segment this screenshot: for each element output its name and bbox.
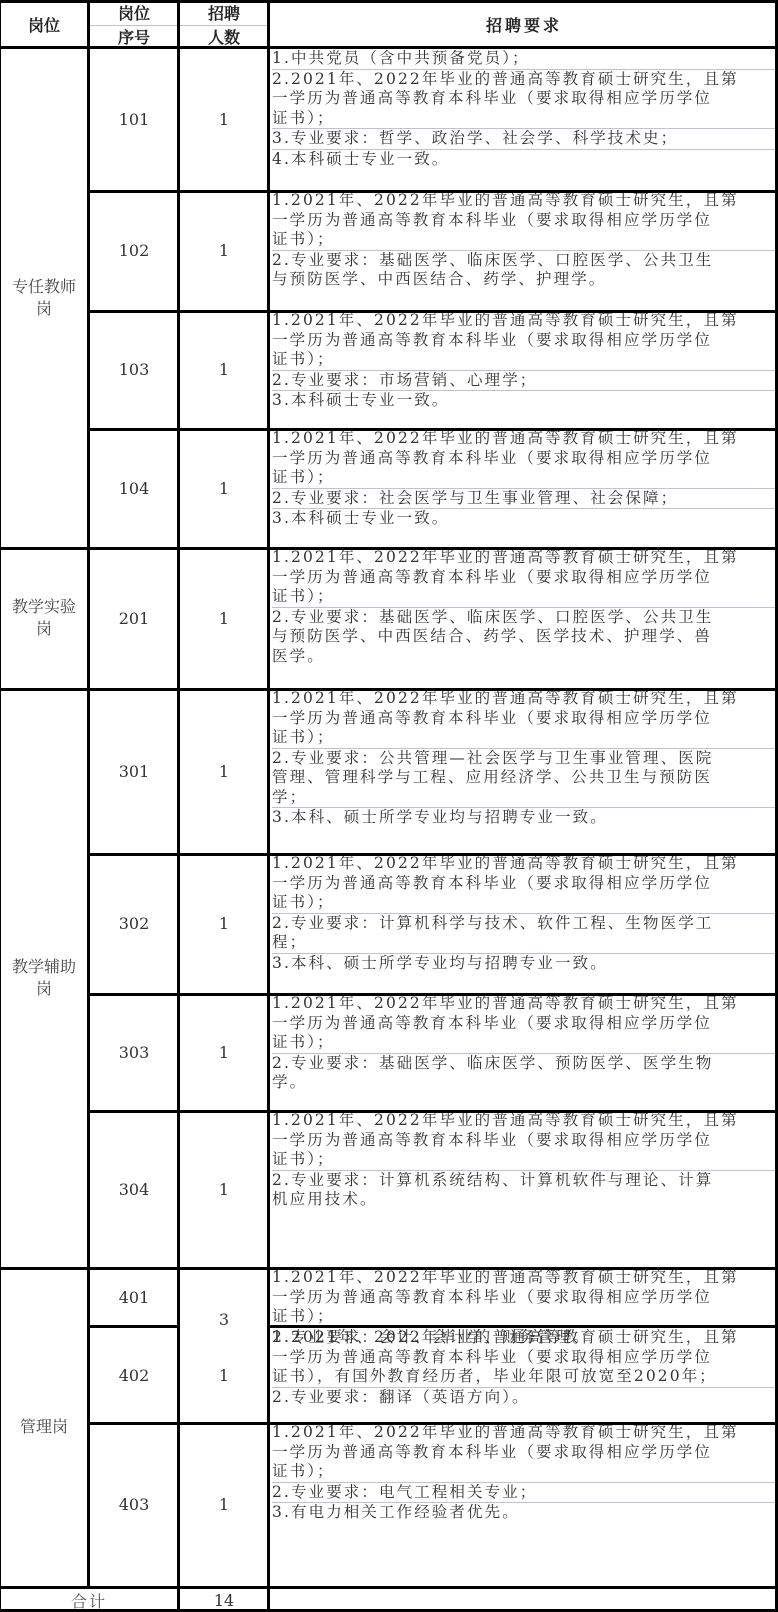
requirement-text-line: 4.本科硕士专业一致。 bbox=[272, 150, 777, 170]
requirement-item: 3.本科、硕士所学专业均与招聘专业一致。 bbox=[272, 808, 777, 828]
requirements-cell: 1.2021年、2022年毕业的普通高等教育硕士研究生，且第一学历为普通高等教育… bbox=[269, 191, 777, 310]
position-seq: 102 bbox=[90, 191, 178, 310]
position-seq: 403 bbox=[90, 1423, 178, 1586]
requirement-item: 1.2021年、2022年毕业的普通高等教育硕士研究生，且第一学历为普通高等教育… bbox=[272, 311, 777, 371]
row-divider bbox=[87, 853, 778, 856]
requirement-item: 2.专业要求：基础医学、临床医学、预防医学、医学生物学。 bbox=[272, 1054, 777, 1093]
header-requirements-label: 招聘要求 bbox=[486, 13, 562, 36]
requirement-text-line: 一学历为普通高等教育本科毕业（要求取得相应学历学位 bbox=[272, 1131, 777, 1151]
divider-col1 bbox=[87, 0, 90, 1589]
requirement-item: 1.2021年、2022年毕业的普通高等教育硕士研究生，且第一学历为普通高等教育… bbox=[272, 1268, 777, 1328]
requirement-item: 2.专业要求：翻译（英语方向）。 bbox=[272, 1388, 777, 1408]
requirement-item: 1.2021年、2022年毕业的普通高等教育硕士研究生，且第一学历为普通高等教育… bbox=[272, 689, 777, 749]
requirement-text-line: 证书）； bbox=[272, 587, 777, 607]
border-left bbox=[0, 0, 1, 1612]
position-count: 3 bbox=[180, 1268, 268, 1329]
requirement-item: 3.本科硕士专业一致。 bbox=[272, 509, 777, 529]
group-divider bbox=[0, 547, 778, 550]
requirement-text-line: 证书）； bbox=[272, 350, 777, 370]
header-seq-top-label: 岗位 bbox=[118, 1, 150, 24]
requirement-text-line: 2.专业要求：社会医学与卫生事业管理、社会保障； bbox=[272, 489, 777, 509]
position-count: 1 bbox=[180, 548, 268, 688]
group-assistant: 教学辅助 岗 bbox=[0, 689, 88, 1267]
requirement-item: 2.专业要求：公共管理—社会医学与卫生事业管理、医院管理、管理科学与工程、应用经… bbox=[272, 749, 777, 809]
requirement-text-line: 2.专业要求：基础医学、临床医学、口腔医学、公共卫生 bbox=[272, 251, 777, 271]
requirements-cell: 1.2021年、2022年毕业的普通高等教育硕士研究生，且第一学历为普通高等教育… bbox=[269, 994, 777, 1110]
requirements-cell: 1.2021年、2022年毕业的普通高等教育硕士研究生，且第一学历为普通高等教育… bbox=[269, 548, 777, 688]
requirements-cell: 1.2021年、2022年毕业的普通高等教育硕士研究生，且第一学历为普通高等教育… bbox=[269, 1423, 777, 1586]
group-label-line2: 岗 bbox=[36, 978, 52, 1000]
group-management: 管理岗 bbox=[0, 1268, 88, 1586]
requirement-item: 1.2021年、2022年毕业的普通高等教育硕士研究生，且第一学历为普通高等教育… bbox=[272, 191, 777, 251]
requirement-text-line: 2.专业要求：计算机科学与技术、软件工程、生物医学工 bbox=[272, 914, 777, 934]
row-divider bbox=[87, 1422, 778, 1425]
position-seq: 201 bbox=[90, 548, 178, 688]
requirement-text-line: 证书）； bbox=[272, 468, 777, 488]
position-count: 1 bbox=[180, 994, 268, 1110]
requirement-text-line: 医学。 bbox=[272, 647, 777, 667]
header-seq-bottom-label: 序号 bbox=[118, 25, 150, 48]
requirement-text-line: 证书），有国外教育经历者，毕业年限可放宽至2020年； bbox=[272, 1367, 777, 1387]
group-lab: 教学实验 岗 bbox=[0, 548, 88, 688]
requirement-text-line: 3.本科、硕士所学专业均与招聘专业一致。 bbox=[272, 808, 777, 828]
group-label-line1: 教学辅助 bbox=[12, 956, 76, 978]
requirement-item: 4.本科硕士专业一致。 bbox=[272, 150, 777, 170]
header-count-bottom-label: 人数 bbox=[208, 25, 240, 48]
requirement-text-line: 与预防医学、中西医结合、药学、医学技术、护理学、兽 bbox=[272, 627, 777, 647]
requirement-text-line: 与预防医学、中西医结合、药学、护理学。 bbox=[272, 270, 777, 290]
requirement-text-line: 一学历为普通高等教育本科毕业（要求取得相应学历学位 bbox=[272, 1348, 777, 1368]
requirements-cell: 1.2021年、2022年毕业的普通高等教育硕士研究生，且第一学历为普通高等教育… bbox=[269, 1268, 777, 1327]
requirement-text-line: 一学历为普通高等教育本科毕业（要求取得相应学历学位 bbox=[272, 709, 777, 729]
header-count-top: 招聘 bbox=[180, 0, 268, 25]
requirement-text-line: 3.专业要求：哲学、政治学、社会学、科学技术史； bbox=[272, 129, 777, 149]
position-seq: 401 bbox=[90, 1268, 178, 1327]
requirement-text-line: 一学历为普通高等教育本科毕业（要求取得相应学历学位 bbox=[272, 211, 777, 231]
requirement-text-line: 2.2021年、2022年毕业的普通高等教育硕士研究生，且第 bbox=[272, 70, 777, 90]
requirement-text-line: 学； bbox=[272, 788, 777, 808]
header-position-label: 岗位 bbox=[28, 13, 60, 36]
requirement-item: 3.专业要求：哲学、政治学、社会学、科学技术史； bbox=[272, 129, 777, 150]
requirement-item: 3.本科硕士专业一致。 bbox=[272, 391, 777, 411]
requirement-item: 2.2021年、2022年毕业的普通高等教育硕士研究生，且第一学历为普通高等教育… bbox=[272, 70, 777, 130]
requirement-item: 2.专业要求：电气工程相关专业； bbox=[272, 1483, 777, 1504]
group-divider bbox=[0, 1267, 778, 1270]
requirement-text-line: 证书）； bbox=[272, 1462, 777, 1482]
requirement-item: 3.本科、硕士所学专业均与招聘专业一致。 bbox=[272, 954, 777, 974]
requirements-cell: 1.2021年、2022年毕业的普通高等教育硕士研究生，且第一学历为普通高等教育… bbox=[269, 1328, 777, 1422]
requirement-text-line: 证书）； bbox=[272, 728, 777, 748]
divider-col2 bbox=[177, 0, 180, 1612]
requirement-item: 1.2021年、2022年毕业的普通高等教育硕士研究生，且第一学历为普通高等教育… bbox=[272, 854, 777, 914]
requirement-item: 2.专业要求：计算机科学与技术、软件工程、生物医学工程； bbox=[272, 914, 777, 954]
requirement-text-line: 1.2021年、2022年毕业的普通高等教育硕士研究生，且第 bbox=[272, 689, 777, 709]
requirement-text-line: 一学历为普通高等教育本科毕业（要求取得相应学历学位 bbox=[272, 1288, 777, 1308]
requirement-text-line: 1.2021年、2022年毕业的普通高等教育硕士研究生，且第 bbox=[272, 854, 777, 874]
requirements-cell: 1.2021年、2022年毕业的普通高等教育硕士研究生，且第一学历为普通高等教育… bbox=[269, 311, 777, 428]
recruitment-table: 岗位 岗位 序号 招聘 人数 招聘要求 专任教师 岗 教学实验 岗 教学辅助 岗… bbox=[0, 0, 778, 1612]
requirement-item: 1.2021年、2022年毕业的普通高等教育硕士研究生，且第一学历为普通高等教育… bbox=[272, 1111, 777, 1171]
requirement-text-line: 2.专业要求：翻译（英语方向）。 bbox=[272, 1388, 777, 1408]
requirement-text-line: 一学历为普通高等教育本科毕业（要求取得相应学历学位 bbox=[272, 89, 777, 109]
position-count: 1 bbox=[180, 1111, 268, 1267]
requirement-text-line: 3.本科、硕士所学专业均与招聘专业一致。 bbox=[272, 954, 777, 974]
row-divider bbox=[87, 190, 778, 193]
requirement-item: 2.专业要求：计算机系统结构、计算机软件与理论、计算机应用技术。 bbox=[272, 1171, 777, 1210]
requirement-text-line: 2.专业要求：市场营销、心理学； bbox=[272, 371, 777, 391]
requirement-item: 1.中共党员（含中共预备党员）； bbox=[272, 49, 777, 70]
requirement-text-line: 一学历为普通高等教育本科毕业（要求取得相应学历学位 bbox=[272, 1443, 777, 1463]
position-count: 1 bbox=[180, 191, 268, 310]
requirement-text-line: 1.2021年、2022年毕业的普通高等教育硕士研究生，且第 bbox=[272, 1268, 777, 1288]
row-divider-req bbox=[267, 1325, 778, 1328]
row-divider bbox=[87, 310, 778, 313]
requirements-cell: 1.2021年、2022年毕业的普通高等教育硕士研究生，且第一学历为普通高等教育… bbox=[269, 1111, 777, 1267]
requirement-text-line: 学。 bbox=[272, 1073, 777, 1093]
border-top bbox=[0, 0, 778, 3]
header-position: 岗位 bbox=[0, 0, 88, 48]
requirement-text-line: 1.2021年、2022年毕业的普通高等教育硕士研究生，且第 bbox=[272, 429, 777, 449]
position-seq: 301 bbox=[90, 689, 178, 853]
requirement-text-line: 2.专业要求：公共管理—社会医学与卫生事业管理、医院 bbox=[272, 749, 777, 769]
requirement-text-line: 1.2021年、2022年毕业的普通高等教育硕士研究生，且第 bbox=[272, 1111, 777, 1131]
position-count: 1 bbox=[180, 1423, 268, 1586]
requirement-item: 1.2021年、2022年毕业的普通高等教育硕士研究生，且第一学历为普通高等教育… bbox=[272, 429, 777, 489]
position-count: 1 bbox=[180, 854, 268, 993]
requirement-text-line: 程； bbox=[272, 933, 777, 953]
requirement-text-line: 2.专业要求：基础医学、临床医学、口腔医学、公共卫生 bbox=[272, 608, 777, 628]
requirements-cell: 1.2021年、2022年毕业的普通高等教育硕士研究生，且第一学历为普通高等教育… bbox=[269, 689, 777, 853]
row-divider bbox=[87, 428, 778, 431]
row-divider bbox=[87, 993, 778, 996]
header-seq-top: 岗位 bbox=[90, 0, 178, 25]
position-count: 1 bbox=[180, 311, 268, 428]
requirement-item: 1.2021年、2022年毕业的普通高等教育硕士研究生，且第一学历为普通高等教育… bbox=[272, 994, 777, 1054]
requirement-text-line: 3.有电力相关工作经验者优先。 bbox=[272, 1503, 777, 1523]
requirement-text-line: 2.专业要求：基础医学、临床医学、预防医学、医学生物 bbox=[272, 1054, 777, 1074]
requirement-item: 1.2021年、2022年毕业的普通高等教育硕士研究生，且第一学历为普通高等教育… bbox=[272, 1328, 777, 1388]
total-top bbox=[0, 1586, 778, 1589]
total-count-text: 14 bbox=[214, 1591, 234, 1610]
requirement-text-line: 一学历为普通高等教育本科毕业（要求取得相应学历学位 bbox=[272, 331, 777, 351]
requirement-text-line: 管理、管理科学与工程、应用经济学、公共卫生与预防医 bbox=[272, 768, 777, 788]
group-label-line2: 岗 bbox=[36, 298, 52, 320]
position-seq: 302 bbox=[90, 854, 178, 993]
position-count: 1 bbox=[180, 49, 268, 190]
requirement-text-line: 证书）； bbox=[272, 1150, 777, 1170]
requirement-text-line: 1.2021年、2022年毕业的普通高等教育硕士研究生，且第 bbox=[272, 994, 777, 1014]
requirement-text-line: 一学历为普通高等教育本科毕业（要求取得相应学历学位 bbox=[272, 568, 777, 588]
requirement-text-line: 1.2021年、2022年毕业的普通高等教育硕士研究生，且第 bbox=[272, 311, 777, 331]
group-label-line1: 专任教师 bbox=[12, 276, 76, 298]
position-seq: 101 bbox=[90, 49, 178, 190]
requirement-text-line: 2.专业要求：电气工程相关专业； bbox=[272, 1483, 777, 1503]
requirement-text-line: 3.本科硕士专业一致。 bbox=[272, 391, 777, 411]
group-label-line2: 岗 bbox=[36, 618, 52, 640]
position-seq: 304 bbox=[90, 1111, 178, 1267]
header-count-top-label: 招聘 bbox=[208, 1, 240, 24]
row-divider-seq bbox=[87, 1325, 180, 1328]
group-teacher: 专任教师 岗 bbox=[0, 49, 88, 547]
requirement-text-line: 1.中共党员（含中共预备党员）； bbox=[272, 49, 777, 69]
divider-col3 bbox=[267, 0, 270, 1612]
position-seq: 104 bbox=[90, 429, 178, 547]
requirement-item: 3.有电力相关工作经验者优先。 bbox=[272, 1503, 777, 1523]
requirement-text-line: 2.专业要求：计算机系统结构、计算机软件与理论、计算 bbox=[272, 1171, 777, 1191]
requirement-text-line: 证书）； bbox=[272, 1307, 777, 1327]
requirement-item: 1.2021年、2022年毕业的普通高等教育硕士研究生，且第一学历为普通高等教育… bbox=[272, 1423, 777, 1483]
header-count-bottom: 人数 bbox=[180, 25, 268, 48]
requirement-text-line: 证书）； bbox=[272, 109, 777, 129]
requirement-item: 2.专业要求：基础医学、临床医学、口腔医学、公共卫生与预防医学、中西医结合、药学… bbox=[272, 251, 777, 290]
requirement-text-line: 证书）； bbox=[272, 1033, 777, 1053]
requirement-text-line: 1.2021年、2022年毕业的普通高等教育硕士研究生，且第 bbox=[272, 191, 777, 211]
requirement-text-line: 1.2021年、2022年毕业的普通高等教育硕士研究生，且第 bbox=[272, 1423, 777, 1443]
requirement-text-line: 一学历为普通高等教育本科毕业（要求取得相应学历学位 bbox=[272, 1014, 777, 1034]
position-count: 1 bbox=[180, 689, 268, 853]
requirements-cell: 1.2021年、2022年毕业的普通高等教育硕士研究生，且第一学历为普通高等教育… bbox=[269, 429, 777, 547]
requirement-text-line: 一学历为普通高等教育本科毕业（要求取得相应学历学位 bbox=[272, 874, 777, 894]
requirement-item: 2.专业要求：市场营销、心理学； bbox=[272, 371, 777, 392]
header-seq-bottom: 序号 bbox=[90, 25, 178, 48]
requirement-item: 2.专业要求：基础医学、临床医学、口腔医学、公共卫生与预防医学、中西医结合、药学… bbox=[272, 608, 777, 667]
requirement-text-line: 一学历为普通高等教育本科毕业（要求取得相应学历学位 bbox=[272, 449, 777, 469]
requirement-text-line: 证书）； bbox=[272, 230, 777, 250]
requirement-text-line: 3.本科硕士专业一致。 bbox=[272, 509, 777, 529]
requirements-cell: 1.中共党员（含中共预备党员）；2.2021年、2022年毕业的普通高等教育硕士… bbox=[269, 49, 777, 190]
group-divider bbox=[0, 688, 778, 691]
header-bottom bbox=[0, 46, 778, 49]
requirement-item: 2.专业要求：社会医学与卫生事业管理、社会保障； bbox=[272, 489, 777, 510]
row-divider bbox=[87, 1110, 778, 1113]
position-count: 1 bbox=[180, 1328, 268, 1422]
position-seq: 402 bbox=[90, 1328, 178, 1422]
position-seq: 103 bbox=[90, 311, 178, 428]
requirement-text-line: 证书）； bbox=[272, 893, 777, 913]
position-seq: 303 bbox=[90, 994, 178, 1110]
group-label-line1: 管理岗 bbox=[20, 1416, 68, 1438]
requirement-text-line: 1.2021年、2022年毕业的普通高等教育硕士研究生，且第 bbox=[272, 548, 777, 568]
requirements-cell: 1.2021年、2022年毕业的普通高等教育硕士研究生，且第一学历为普通高等教育… bbox=[269, 854, 777, 993]
header-requirements: 招聘要求 bbox=[270, 0, 778, 48]
group-label-line1: 教学实验 bbox=[12, 596, 76, 618]
requirement-item: 1.2021年、2022年毕业的普通高等教育硕士研究生，且第一学历为普通高等教育… bbox=[272, 548, 777, 608]
requirement-text-line: 1.2021年、2022年毕业的普通高等教育硕士研究生，且第 bbox=[272, 1328, 777, 1348]
position-count: 1 bbox=[180, 429, 268, 547]
requirement-text-line: 机应用技术。 bbox=[272, 1190, 777, 1210]
